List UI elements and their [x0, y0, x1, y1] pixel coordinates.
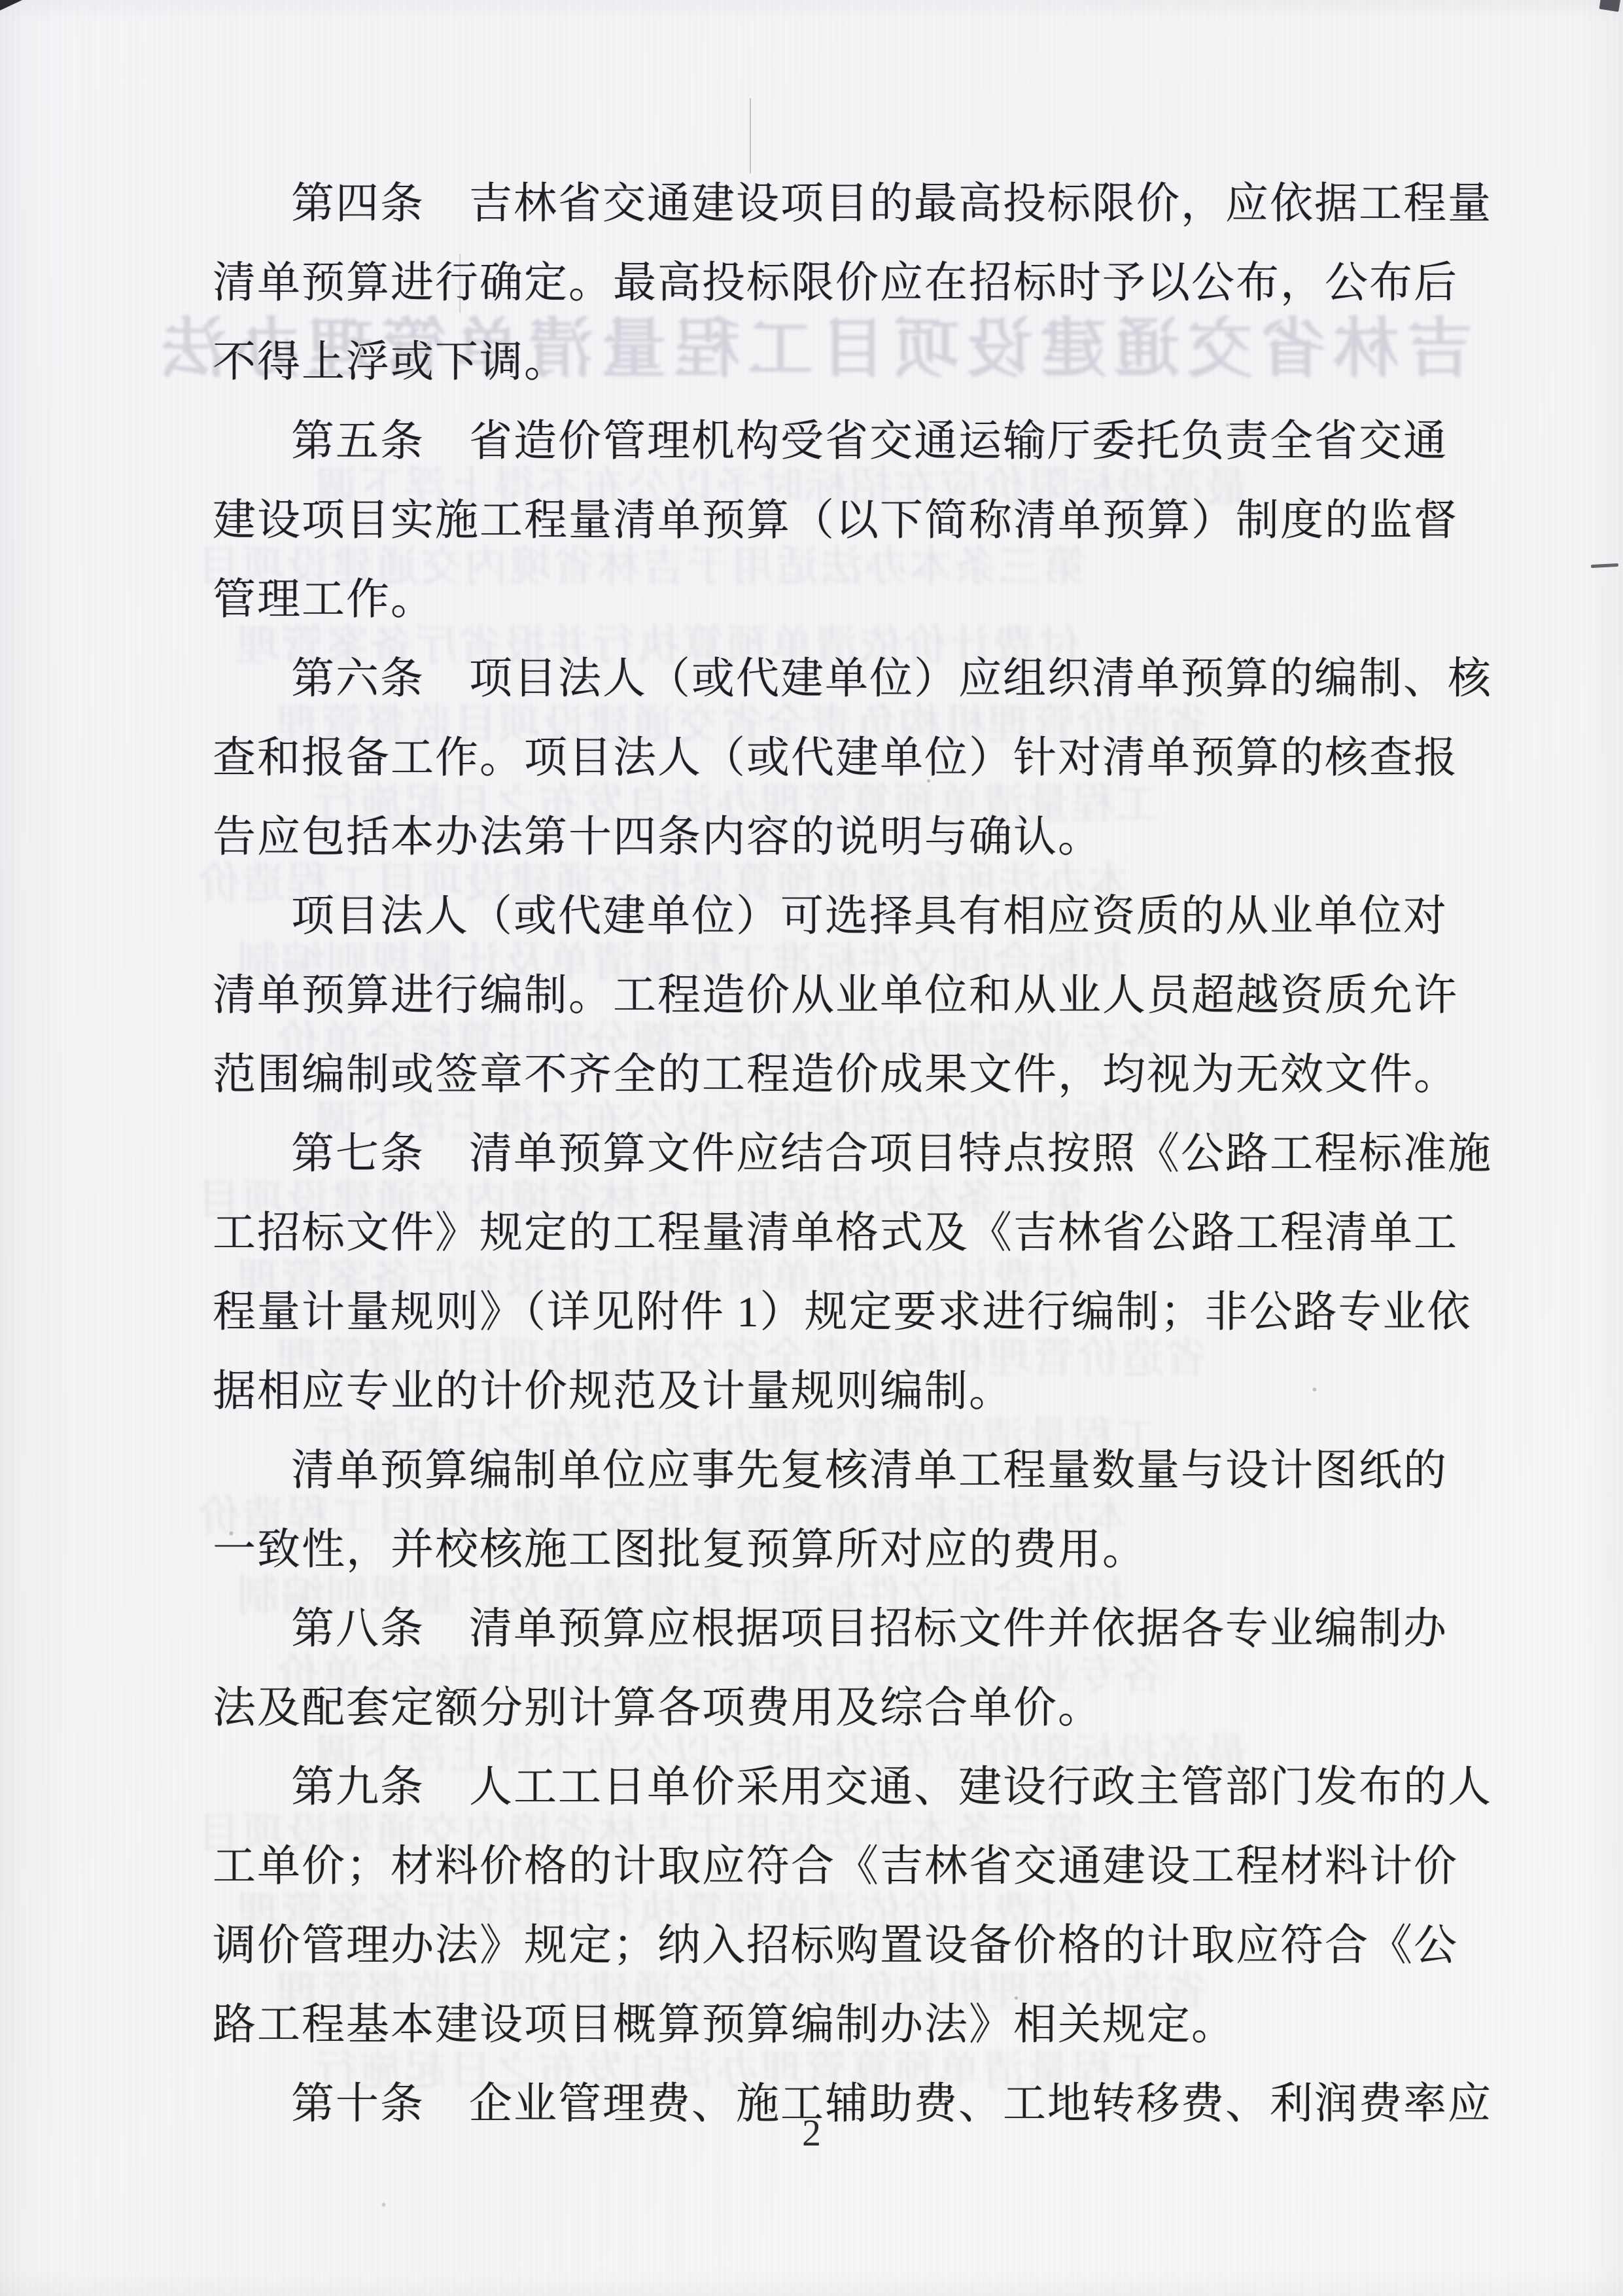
document-line: 查和报备工作。项目法人（或代建单位）针对清单预算的核查报 [213, 732, 1458, 785]
document-line: 程量计量规则》（详见附件 1）规定要求进行编制；非公路专业依 [213, 1286, 1472, 1339]
document-line: 第七条 清单预算文件应结合项目特点按照《公路工程标准施 [213, 1128, 1492, 1180]
page-number: 2 [0, 2111, 1623, 2155]
document-line: 清单预算编制单位应事先复核清单工程量数量与设计图纸的 [213, 1445, 1448, 1497]
document-line: 管理工作。 [213, 574, 435, 626]
document-line: 调价管理办法》规定；纳入招标购置设备价格的计取应符合《公 [213, 1920, 1458, 1972]
document-line: 第六条 项目法人（或代建单位）应组织清单预算的编制、核 [213, 653, 1492, 705]
scan-artifact-right-margin-dash [1591, 563, 1618, 568]
document-line: 工单价；材料价格的计取应符合《吉林省交通建设工程材料计价 [213, 1841, 1458, 1893]
document-line: 第四条 吉林省交通建设项目的最高投标限价，应依据工程量 [213, 178, 1492, 230]
document-line: 不得上浮或下调。 [213, 336, 568, 389]
scanned-page: 吉林省交通建设项目工程量清单管理办法 最高投标限价应在招标时予以公布不得上浮下调… [0, 0, 1623, 2296]
document-line: 清单预算进行确定。最高投标限价应在招标时予以公布，公布后 [213, 257, 1458, 309]
document-line: 第九条 人工工日单价采用交通、建设行政主管部门发布的人 [213, 1761, 1492, 1814]
document-line: 工招标文件》规定的工程量清单格式及《吉林省公路工程清单工 [213, 1207, 1458, 1260]
scan-artifact-top-right-corner [1599, 0, 1620, 12]
scan-artifact-specks [0, 0, 2, 2]
scan-artifact-streak [459, 254, 461, 313]
document-line: 告应包括本办法第十四条内容的说明与确认。 [213, 811, 1102, 864]
document-line: 范围编制或签章不齐全的工程造价成果文件，均视为无效文件。 [213, 1049, 1458, 1101]
document-line: 一致性，并校核施工图批复预算所对应的费用。 [213, 1524, 1147, 1576]
scan-artifact-top-left-corner [0, 0, 22, 10]
document-line: 建设项目实施工程量清单预算（以下简称清单预算）制度的监督 [213, 495, 1458, 547]
scan-artifact-streak [750, 98, 751, 173]
document-line: 据相应专业的计价规范及计量规则编制。 [213, 1366, 1013, 1418]
document-line: 法及配套定额分别计算各项费用及综合单价。 [213, 1682, 1102, 1735]
document-line: 清单预算进行编制。工程造价从业单位和从业人员超越资质允许 [213, 970, 1458, 1022]
document-line: 第八条 清单预算应根据项目招标文件并依据各专业编制办 [213, 1603, 1448, 1655]
document-line: 项目法人（或代建单位）可选择具有相应资质的从业单位对 [213, 891, 1448, 943]
document-line: 路工程基本建设项目概算预算编制办法》相关规定。 [213, 1999, 1236, 2051]
document-line: 第五条 省造价管理机构受省交通运输厅委托负责全省交通 [213, 415, 1448, 468]
